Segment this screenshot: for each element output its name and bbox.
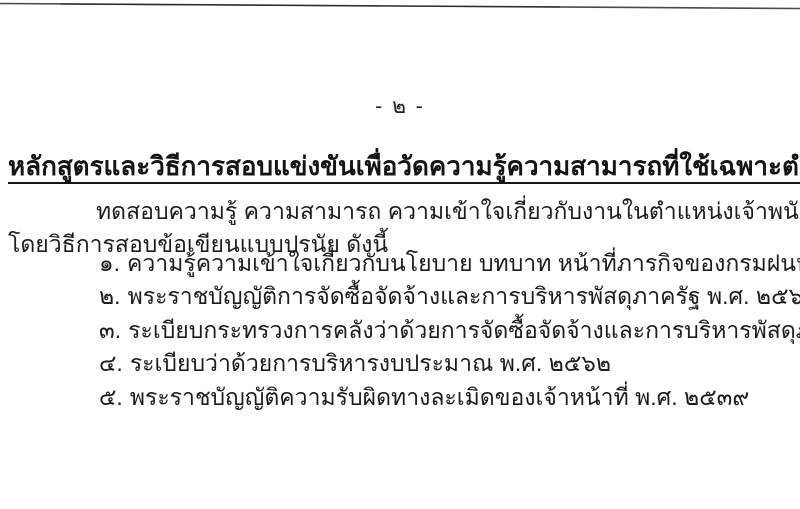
list-item-number: ๔. xyxy=(99,347,123,380)
syllabus-list: ๑.ความรู้ความเข้าใจเกี่ยวกับนโยบาย บทบาท… xyxy=(99,247,799,414)
intro-paragraph-line-1: ทดสอบความรู้ ความสามารถ ความเข้าใจเกี่ยว… xyxy=(96,196,800,226)
list-item: ๔.ระเบียบว่าด้วยการบริหารงบประมาณ พ.ศ. ๒… xyxy=(99,347,799,380)
list-item-text: พระราชบัญญัติความรับผิดทางละเมิดของเจ้าห… xyxy=(130,384,749,410)
list-item-number: ๑. xyxy=(99,247,120,280)
list-item-number: ๓. xyxy=(99,314,121,347)
list-item: ๓.ระเบียบกระทรวงการคลังว่าด้วยการจัดซื้อ… xyxy=(99,314,799,347)
list-item-number: ๒. xyxy=(99,280,121,313)
list-item-text: พระราชบัญญัติการจัดซื้อจัดจ้างและการบริห… xyxy=(128,283,800,309)
list-item: ๕.พระราชบัญญัติความรับผิดทางละเมิดของเจ้… xyxy=(99,381,799,414)
section-heading: หลักสูตรและวิธีการสอบแข่งขันเพื่อวัดความ… xyxy=(8,149,800,184)
list-item: ๑.ความรู้ความเข้าใจเกี่ยวกับนโยบาย บทบาท… xyxy=(99,247,799,280)
list-item-text: ความรู้ความเข้าใจเกี่ยวกับนโยบาย บทบาท ห… xyxy=(127,250,800,276)
section-heading-underlined: หลักสูตรและวิธีการสอบแข่งขันเพื่อวัดความ… xyxy=(8,151,800,184)
list-item-text: ระเบียบกระทรวงการคลังว่าด้วยการจัดซื้อจั… xyxy=(128,317,800,343)
document-page: - ๒ - หลักสูตรและวิธีการสอบแข่งขันเพื่อว… xyxy=(0,0,800,509)
page-number: - ๒ - xyxy=(0,90,800,123)
list-item-text: ระเบียบว่าด้วยการบริหารงบประมาณ พ.ศ. ๒๕๖… xyxy=(130,350,611,376)
list-item-number: ๕. xyxy=(99,381,123,414)
list-item: ๒.พระราชบัญญัติการจัดซื้อจัดจ้างและการบร… xyxy=(99,280,799,313)
scan-artifact-line xyxy=(0,0,800,12)
